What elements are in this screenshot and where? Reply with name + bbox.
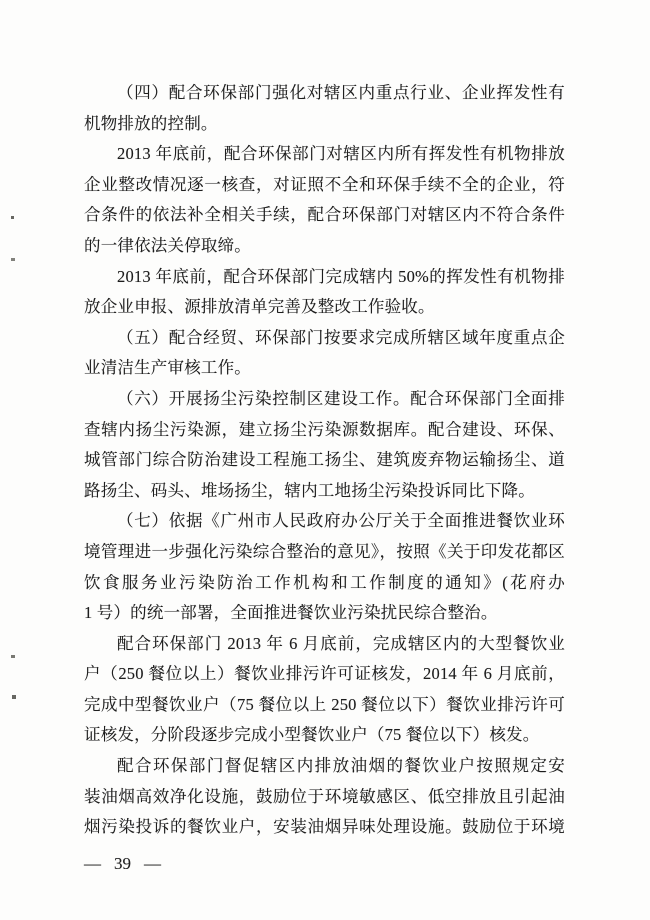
text-line: 放企业申报、源排放清单完善及整改工作验收。 xyxy=(84,292,565,323)
text-line: 境管理进一步强化污染综合整治的意见》，按照《关于印发花都区 xyxy=(84,537,565,568)
text-line: 户（250 餐位以上）餐饮业排污许可证核发，2014 年 6 月底前， xyxy=(84,659,565,690)
scan-speck xyxy=(12,695,16,699)
page-number: 39 xyxy=(114,854,131,874)
text-line: 2013 年底前，配合环保部门完成辖内 50%的挥发性有机物排 xyxy=(84,262,565,293)
text-line: 的一律依法关停取缔。 xyxy=(84,231,565,262)
text-line: 1 号）的统一部署，全面推进餐饮业污染扰民综合整治。 xyxy=(84,598,565,629)
page-footer: — 39 — xyxy=(84,854,161,874)
text-line: （六）开展扬尘污染控制区建设工作。配合环保部门全面排 xyxy=(84,384,565,415)
text-line: 烟污染投诉的餐饮业户，安装油烟异味处理设施。鼓励位于环境 xyxy=(84,812,565,843)
footer-dash-left: — xyxy=(84,854,101,874)
text-line: 完成中型餐饮业户（75 餐位以上 250 餐位以下）餐饮业排污许可 xyxy=(84,690,565,721)
text-line: 配合环保部门 2013 年 6 月底前，完成辖区内的大型餐饮业 xyxy=(84,629,565,660)
text-line: （四）配合环保部门强化对辖区内重点行业、企业挥发性有 xyxy=(84,78,565,109)
text-line: （七）依据《广州市人民政府办公厅关于全面推进餐饮业环 xyxy=(84,506,565,537)
text-line: 机物排放的控制。 xyxy=(84,109,565,140)
text-line: （五）配合经贸、环保部门按要求完成所辖区域年度重点企 xyxy=(84,323,565,354)
scan-speck xyxy=(11,655,15,658)
text-line: 城管部门综合防治建设工程施工扬尘、建筑废弃物运输扬尘、道 xyxy=(84,445,565,476)
text-line: 证核发，分阶段逐步完成小型餐饮业户（75 餐位以下）核发。 xyxy=(84,720,565,751)
text-line: 业清洁生产审核工作。 xyxy=(84,353,565,384)
document-page: （四）配合环保部门强化对辖区内重点行业、企业挥发性有机物排放的控制。2013 年… xyxy=(0,0,650,920)
text-line: 合条件的依法补全相关手续，配合环保部门对辖区内不符合条件 xyxy=(84,200,565,231)
scan-speck xyxy=(11,258,15,261)
text-line: 配合环保部门督促辖区内排放油烟的餐饮业户按照规定安 xyxy=(84,751,565,782)
document-body: （四）配合环保部门强化对辖区内重点行业、企业挥发性有机物排放的控制。2013 年… xyxy=(84,78,565,843)
scan-speck xyxy=(11,216,14,219)
footer-dash-right: — xyxy=(144,854,161,874)
text-line: 企业整改情况逐一核查，对证照不全和环保手续不全的企业，符 xyxy=(84,170,565,201)
text-line: 饮食服务业污染防治工作机构和工作制度的通知》(花府办〔2009〕 xyxy=(84,568,565,599)
text-line: 2013 年底前，配合环保部门对辖区内所有挥发性有机物排放 xyxy=(84,139,565,170)
text-line: 查辖内扬尘污染源，建立扬尘污染源数据库。配合建设、环保、 xyxy=(84,415,565,446)
text-line: 路扬尘、码头、堆场扬尘，辖内工地扬尘污染投诉同比下降。 xyxy=(84,476,565,507)
text-line: 装油烟高效净化设施，鼓励位于环境敏感区、低空排放且引起油 xyxy=(84,782,565,813)
